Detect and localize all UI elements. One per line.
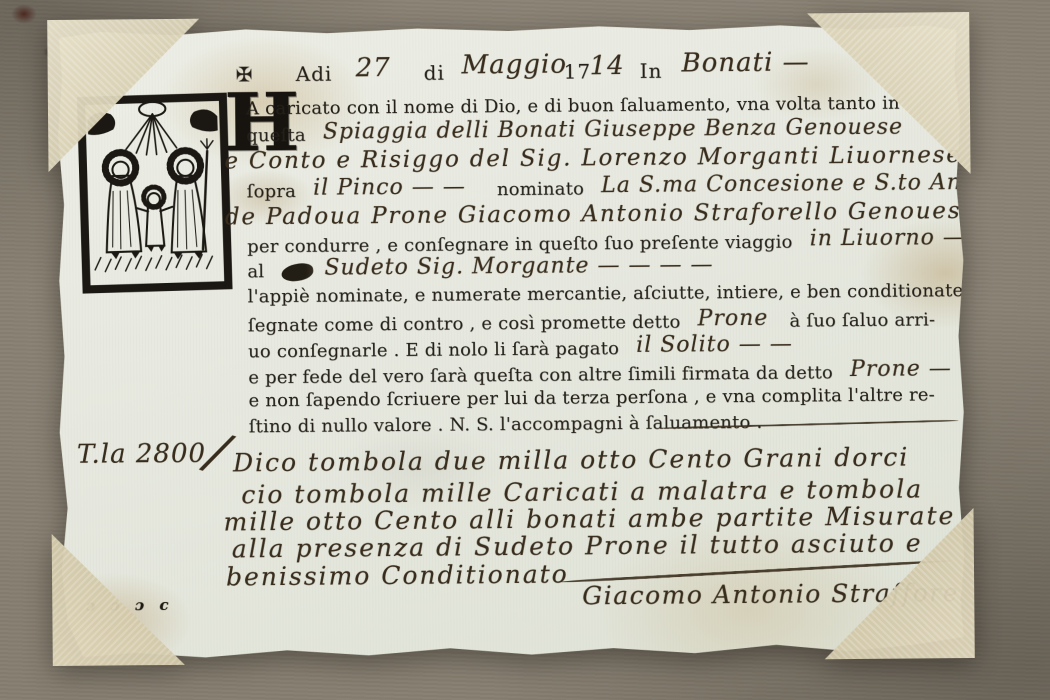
body-line: ſegnate come di contro , e così promette… bbox=[248, 306, 936, 337]
printed-text: ſtino di nullo valore . N. S. l'accompag… bbox=[249, 412, 763, 437]
date-line: ✠ Adi 27 di Maggio 17 14 In Bonati — bbox=[56, 50, 962, 98]
cargo-line: Dico tombola due milla otto Cento Grani … bbox=[233, 443, 909, 478]
printed-adi-label: Adi bbox=[296, 62, 333, 86]
printed-in-label: In bbox=[640, 59, 663, 83]
cargo-line: alla presenza di Sudeto Prone il tutto a… bbox=[232, 528, 923, 563]
printed-text: queſta bbox=[246, 125, 306, 147]
handwritten-text: benissimo Conditionato bbox=[226, 560, 569, 592]
body-line: ſtino di nullo valore . N. S. l'accompag… bbox=[249, 412, 763, 437]
handwritten-day: 27 bbox=[355, 53, 390, 83]
handwritten-year-suffix: 14 bbox=[589, 51, 624, 81]
printed-text: ſegnate come di contro , e così promette… bbox=[248, 312, 681, 337]
printed-text: e per fede del vero ſarà queſta con altr… bbox=[248, 362, 833, 388]
handwritten-text: il Pinco — — bbox=[313, 174, 466, 200]
body-line: e Conto e Risiggo del Sig. Lorenzo Morga… bbox=[224, 142, 995, 175]
handwritten-text: alla presenza di Sudeto Prone il tutto a… bbox=[232, 528, 923, 563]
cargo-line: benissimo Conditionato bbox=[226, 560, 569, 592]
handwritten-text: Sudeto Sig. Morgante — — — — bbox=[324, 252, 713, 280]
handwritten-text: in Liuorno — bbox=[810, 225, 966, 251]
handwritten-text: il Solito — — bbox=[636, 332, 793, 358]
printed-text: ſopra bbox=[247, 181, 297, 202]
document-paper-wrap: H ✠ Adi 27 di Maggio 17 14 In Bonati — A… bbox=[55, 20, 966, 660]
bill-of-lading-paper: H ✠ Adi 27 di Maggio 17 14 In Bonati — A… bbox=[55, 20, 966, 660]
holy-family-woodcut bbox=[76, 91, 234, 295]
printer-cross-ornament: ✠ bbox=[236, 62, 254, 86]
handwritten-text: Prone bbox=[698, 306, 769, 332]
margin-amount-note: T.la 2800 bbox=[77, 439, 206, 470]
handwritten-text: Prone — bbox=[850, 356, 952, 382]
body-line: uo conſegnarle . E di nolo li ſarà pagat… bbox=[248, 334, 793, 364]
photo-of-document: { "palette": { "mount_background": "#867… bbox=[0, 0, 1050, 700]
printed-text: uo conſegnarle . E di nolo li ſarà pagat… bbox=[248, 338, 619, 362]
handwritten-text: e Conto e Risiggo del Sig. Lorenzo Morga… bbox=[224, 142, 995, 175]
handwritten-amount: T.la 2800 bbox=[77, 439, 206, 470]
printed-text: nominato bbox=[497, 178, 584, 200]
body-line: l'appiè nominate, e numerate mercantie, … bbox=[248, 280, 970, 307]
printed-year-prefix: 17 bbox=[564, 59, 592, 83]
printed-text: al bbox=[247, 261, 264, 282]
handwritten-text: La S.ma Concesione e S.to Antonio bbox=[601, 170, 1023, 199]
handwritten-text: Spiaggia delli Bonati Giuseppe Benza Gen… bbox=[323, 115, 903, 145]
handwritten-text: Dico tombola due milla otto Cento Grani … bbox=[233, 443, 909, 478]
printed-text: à ſuo ſaluo arri- bbox=[789, 309, 935, 331]
handwritten-place: Bonati — bbox=[681, 47, 809, 78]
body-line: al Sudeto Sig. Morgante — — — — bbox=[247, 254, 713, 283]
ink-blot bbox=[280, 262, 314, 283]
printed-text: l'appiè nominate, e numerate mercantie, … bbox=[248, 280, 970, 307]
handwritten-month: Maggio bbox=[461, 50, 567, 81]
printed-di-label: di bbox=[424, 61, 445, 85]
